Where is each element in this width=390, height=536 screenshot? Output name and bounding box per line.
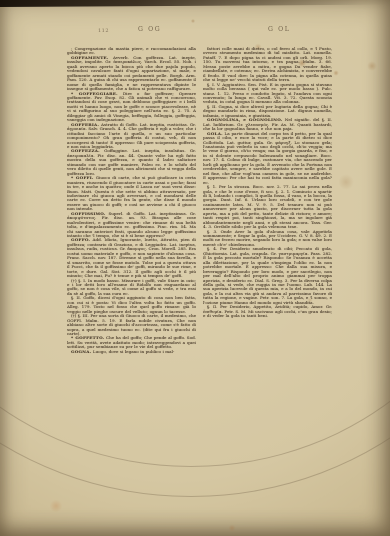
- dictionary-paragraph: §. II. Gogna, si dice altresì per Ingiur…: [203, 105, 332, 118]
- running-head-left: G OG: [138, 26, 161, 33]
- dictionary-paragraph: §. 4. Per Desiderio smoderato di cibi; P…: [203, 247, 332, 305]
- entry-body: fattori colle mani di dietro, o col ferr…: [203, 47, 332, 82]
- dictionary-paragraph: fattori colle mani di dietro, o col ferr…: [203, 47, 332, 83]
- entry-body: §. 4. Per Desiderio smoderato di cibi; P…: [203, 246, 332, 304]
- entry-body: §. 1. Per la strozza. Bocc. nov. 2. 77. …: [203, 184, 332, 229]
- dictionary-paragraph: GOLA. La parte dinanzi del corpo tra il …: [203, 132, 332, 185]
- dictionary-paragraph: GOFFISSIMO. Superl. di Goffo. Lat. inept…: [67, 212, 196, 239]
- dictionary-paragraph: §. II. Goffo, dicesi d'ogni aggiunto di …: [67, 296, 196, 314]
- entry-body: Luogo, dove si legano in publico i mal-: [91, 349, 174, 354]
- dictionary-paragraph: §. 3. Onde Aver la gola d'alcuna cosa, v…: [203, 230, 332, 248]
- dictionary-paragraph: GOFFAMENTE. Avverb. Con goffezza. Lat. i…: [67, 56, 196, 92]
- text-block: ; Congregazione da mastia piere, e racco…: [67, 47, 333, 439]
- dictionary-paragraph: (†) §. III. Per una sorta di Giuoco di c…: [67, 314, 196, 336]
- entry-body: §. II. Gogna, si dice altresì per Ingiur…: [203, 104, 332, 118]
- dictionary-paragraph: * GOFFEGGIARE. Dire o far goffezze; Oper…: [67, 92, 196, 123]
- entry-body: §. II. Per Desiderio, Appetito, Avidità;…: [203, 304, 332, 318]
- entry-headword: GOGNA.: [71, 349, 91, 354]
- entry-body: Giuoco di carte, che si può giudicare in…: [67, 175, 196, 211]
- entry-body: (†) §. III. Per una sorta di Giuoco di c…: [67, 313, 196, 336]
- dictionary-paragraph: * GOFFETTO. Che ha del goffo; Che pende …: [67, 336, 196, 349]
- entry-body: §. 3. Onde Aver la gola d'alcuna cosa, v…: [203, 229, 332, 247]
- dictionary-paragraph: §. I. V. Aggiuntivo. Sen. Pist. E in que…: [203, 83, 332, 105]
- entry-body: (†) §. I. In modo basso. Misurare i goff…: [67, 278, 196, 296]
- entry-body: §. II. Goffo, dicesi d'ogni aggiunto di …: [67, 295, 196, 313]
- dictionary-paragraph: GOFFEZZA. Goffaggine. Lat. ineptia, insu…: [67, 149, 196, 176]
- entry-body: Dire o far goffezze; Operare goffamente.…: [67, 91, 196, 123]
- dictionary-paragraph: §. II. Per Desiderio, Appetito, Avidità;…: [203, 305, 332, 318]
- dictionary-paragraph: GOFFO. Add. Idiota, Ignorante, Inetto, A…: [67, 238, 196, 278]
- entry-body: Avverb. Con goffezza. Lat. inepte, insul…: [67, 55, 196, 91]
- dictionary-paragraph: (†) §. I. In modo basso. Misurare i goff…: [67, 279, 196, 297]
- page-number: 112: [98, 28, 109, 34]
- text-column-left: ; Congregazione da mastia piere, e racco…: [67, 47, 196, 439]
- entry-body: Add. Idiota, Ignorante, Inetto, Attratto…: [67, 237, 196, 278]
- page-top-edge-shadow: [0, 0, 390, 7]
- dictionary-paragraph: §. 1. Per la strozza. Bocc. nov. 2. 77. …: [203, 185, 332, 230]
- dictionary-paragraph: GOGNA. Luogo, dove si legano in publico …: [67, 350, 196, 354]
- entry-body: §. I. V. Aggiuntivo. Sen. Pist. E in que…: [203, 82, 332, 105]
- scanned-book-page: 112 G OG G OL ; Congregazione da mastia …: [0, 0, 390, 536]
- entry-body: Astratto di Goffo. Lat. ineptia, rustici…: [67, 122, 196, 149]
- dictionary-paragraph: GOFFERIA. Astratto di Goffo. Lat. inepti…: [67, 123, 196, 150]
- running-head-row: 112 G OG G OL: [0, 26, 390, 38]
- running-head-right: G OL: [268, 26, 291, 33]
- entry-body: La parte dinanzi del corpo tra il petto,…: [203, 131, 332, 185]
- dictionary-paragraph: * GOFFI. Giuoco di carte, che si può giu…: [67, 176, 196, 212]
- entry-body: Superl. di Goffo. Lat. ineptissimus. Gr.…: [67, 211, 196, 238]
- entry-body: Goffaggine. Lat. ineptia, insulsitas. Gr…: [67, 148, 196, 175]
- page-paper: 112 G OG G OL ; Congregazione da mastia …: [0, 0, 390, 536]
- dictionary-paragraph: GOGNOLINA, e GOGNOLINO. Nel signific. de…: [203, 118, 332, 131]
- text-column-right: fattori colle mani di dietro, o col ferr…: [203, 47, 332, 439]
